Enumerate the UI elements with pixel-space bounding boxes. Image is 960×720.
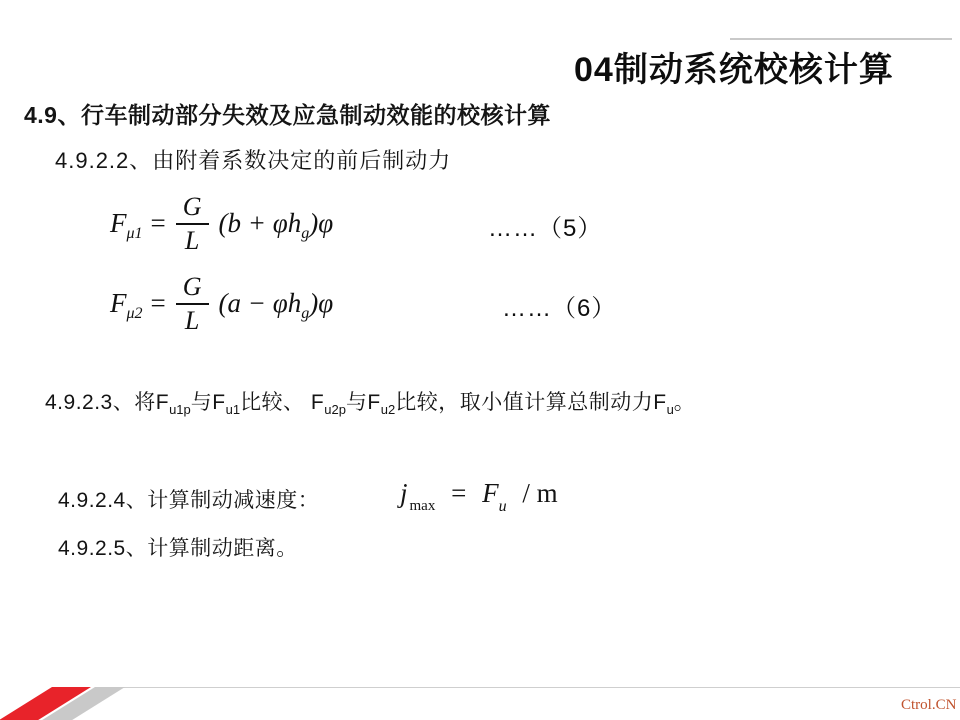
fraction: G L <box>176 192 209 256</box>
fraction-denominator: L <box>185 225 199 256</box>
formula-front-brake-force: Fμ1 = G L (b + φhg)φ <box>110 192 333 256</box>
formula-subscript: u <box>499 498 507 515</box>
formula-term: (a − φh <box>219 288 302 319</box>
slide-title: 04制动系统校核计算 <box>574 42 894 91</box>
step-text: 比较，取小值计算总制动力F <box>395 391 666 414</box>
step-deceleration: 4.9.2.4、计算制动减速度： jmax = Fu / m <box>58 484 319 514</box>
equals-sign: = <box>151 288 166 319</box>
step-compare-forces: 4.9.2.3、将Fu1p与Fu1比较、 Fu2p与Fu2比较，取小值计算总制动… <box>45 386 695 417</box>
step-text: 比较、 F <box>240 391 324 414</box>
step-text: 与F <box>191 391 226 414</box>
subscript: u <box>667 402 674 417</box>
subscript: u1 <box>226 402 240 417</box>
formula-subscript: max <box>410 498 436 514</box>
step-text: 4.9.2.3、将F <box>45 391 169 414</box>
step-text: 4.9.2.4、计算制动减速度： <box>58 489 319 512</box>
formula-subscript: g <box>301 225 309 243</box>
step-braking-distance: 4.9.2.5、计算制动距离。 <box>58 532 298 562</box>
equals-sign: = <box>451 478 466 508</box>
subscript: u2p <box>324 402 346 417</box>
watermark-ctrol-cn: Ctrol.CN <box>901 697 956 714</box>
equation-number-6: ……（6） <box>502 288 616 323</box>
equals-sign: = <box>151 208 166 239</box>
formula-subscript: μ2 <box>127 305 143 323</box>
subscript: u2 <box>381 402 395 417</box>
formula-variable: F <box>482 478 499 508</box>
formula-subscript: g <box>301 305 309 323</box>
fraction-numerator: G <box>176 272 209 305</box>
formula-deceleration: jmax = Fu / m <box>400 478 567 509</box>
title-divider-line <box>730 38 952 40</box>
fraction-numerator: G <box>176 192 209 225</box>
step-text: 。 <box>674 391 696 414</box>
fraction: G L <box>176 272 209 336</box>
formula-term: )φ <box>309 208 333 239</box>
presentation-slide: 04制动系统校核计算 4.9、行车制动部分失效及应急制动效能的校核计算 4.9.… <box>0 0 960 720</box>
equation-rear-brake-force: Fμ2 = G L (a − φhg)φ ……（6） <box>110 272 333 336</box>
subsection-heading: 4.9.2.2、由附着系数决定的前后制动力 <box>55 144 451 175</box>
step-text: 与F <box>346 391 381 414</box>
fraction-denominator: L <box>185 305 199 336</box>
subscript: u1p <box>169 402 191 417</box>
formula-variable: F <box>110 288 127 319</box>
equation-number-5: ……（5） <box>488 208 602 243</box>
formula-variable: j <box>400 478 408 508</box>
formula-subscript: μ1 <box>127 225 143 243</box>
formula-rear-brake-force: Fμ2 = G L (a − φhg)φ <box>110 272 333 336</box>
formula-term: / m <box>522 478 557 508</box>
formula-term: )φ <box>309 288 333 319</box>
formula-term: (b + φh <box>219 208 302 239</box>
footer-divider-line <box>100 687 960 688</box>
section-heading: 4.9、行车制动部分失效及应急制动效能的校核计算 <box>24 97 551 130</box>
formula-variable: F <box>110 208 127 239</box>
equation-front-brake-force: Fμ1 = G L (b + φhg)φ ……（5） <box>110 192 333 256</box>
